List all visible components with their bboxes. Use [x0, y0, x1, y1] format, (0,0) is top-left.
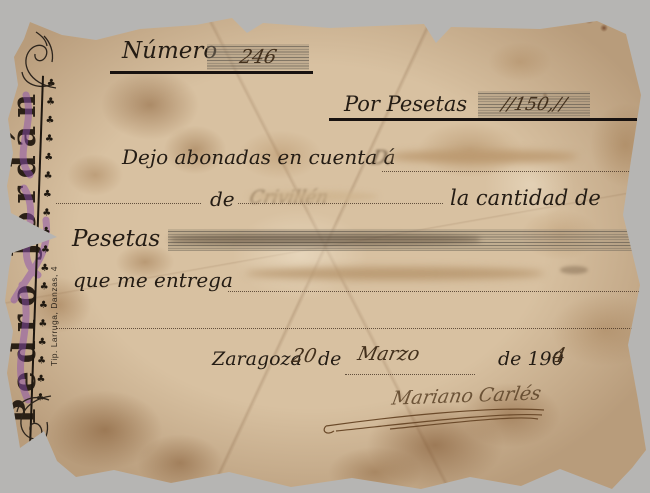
signature-flourish — [320, 400, 550, 440]
place-smudge — [248, 191, 378, 202]
pesetas-label: Pesetas — [72, 226, 160, 252]
printer-credit: Tip. Larruga, Danzas, 4 — [49, 251, 61, 381]
line2-cantidad-label: la cantidad de — [450, 186, 601, 210]
entrega-ink-trace — [560, 266, 588, 274]
receipt-paper: Pedro Jordán ♣♣♣♣♣♣♣♣♣♣♣♣♣♣♣♣♣♣ Tip. Lar… — [0, 0, 650, 493]
pesetas-strip-smudge — [170, 234, 480, 245]
entrega-label: que me entrega — [73, 268, 233, 292]
body-line1-printed: Dejo abonadas en cuenta á — [122, 145, 396, 169]
numero-underline — [110, 71, 313, 74]
flourish-ornament-bottom — [8, 392, 54, 456]
numero-value-box: 246 — [207, 44, 309, 70]
date-de-label: de — [318, 348, 341, 370]
por-pesetas-label: Por Pesetas — [344, 92, 467, 116]
date-month-dotted-line — [345, 374, 475, 375]
payee-dotted-line — [382, 171, 645, 172]
date-city-label: Zaragoza — [212, 348, 302, 370]
date-day-handwritten: 20 — [290, 345, 319, 367]
line2-dotted-left — [56, 203, 201, 204]
line2-de-label: de — [210, 187, 235, 211]
amount-underline — [329, 118, 637, 121]
numero-value: 246 — [237, 44, 279, 70]
amount-value-box: //150,// — [478, 91, 590, 118]
full-width-dotted-rule — [56, 328, 644, 329]
scanned-receipt-scene: Pedro Jordán ♣♣♣♣♣♣♣♣♣♣♣♣♣♣♣♣♣♣ Tip. Lar… — [0, 0, 650, 493]
entrega-dotted-line — [228, 291, 645, 292]
amount-value: //150,// — [499, 91, 569, 118]
date-month-handwritten: Marzo — [356, 343, 422, 365]
numero-label: Número — [122, 38, 217, 64]
line2-dotted-mid — [238, 203, 443, 204]
entrega-smudge — [245, 267, 545, 280]
payee-name-smudge — [388, 150, 578, 163]
pesetas-amount-strip — [168, 229, 638, 251]
